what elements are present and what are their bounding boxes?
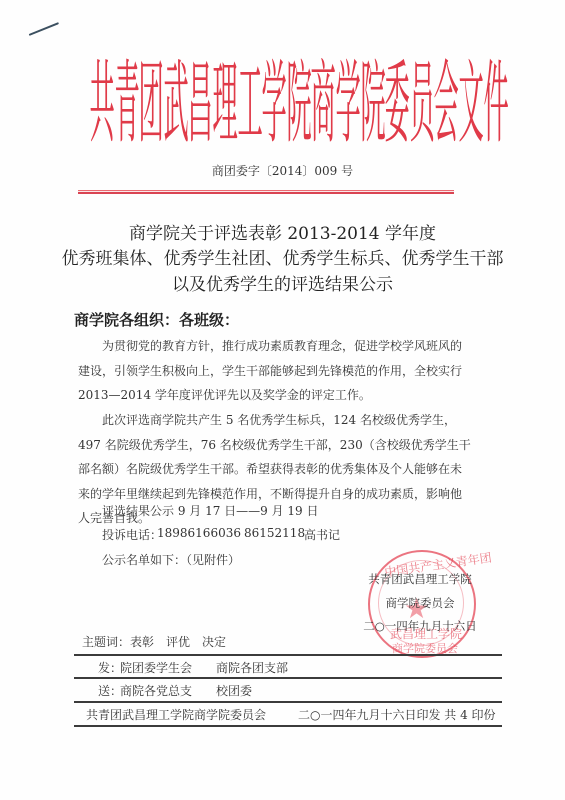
masthead-char: 院 <box>360 58 374 148</box>
masthead-char: 会 <box>434 58 448 148</box>
send-to-list: 院团委学生会 商院各团支部 <box>120 659 288 676</box>
masthead-char: 昌 <box>188 58 202 148</box>
masthead-char: 委 <box>385 58 399 148</box>
divider-rule <box>74 701 502 703</box>
divider-rule <box>74 677 502 679</box>
send-to-label: 发： <box>98 659 122 676</box>
title-line-1: 商学院关于评选表彰 2013-2014 学年度 <box>0 219 565 244</box>
issuer: 共青团武昌理工学院商学院委员会 <box>86 706 266 723</box>
list-note: 公示名单如下：（见附件） <box>102 551 240 568</box>
signature-org-line-1: 共青团武昌理工学院 <box>350 571 490 587</box>
complaint-label: 投诉电话： <box>102 526 162 543</box>
document-number: 商团委字〔2014〕009 号 <box>0 162 565 179</box>
title-line-2: 优秀班集体、优秀学生社团、优秀学生标兵、优秀学生干部 <box>0 244 565 269</box>
masthead-char: 员 <box>409 58 423 148</box>
masthead-char: 武 <box>163 58 177 148</box>
divider-rule <box>74 725 502 727</box>
signature-org-line-2: 商学院委员会 <box>350 595 490 611</box>
issue-note: 二○一四年九月十六日印发 共 4 印份 <box>298 706 496 723</box>
complaint-phone-2: 86152118 <box>244 526 305 540</box>
masthead-char: 青 <box>114 58 128 148</box>
masthead-char: 理 <box>213 58 227 148</box>
masthead-char: 文 <box>458 58 472 148</box>
masthead-char: 共 <box>90 58 104 148</box>
complaint-phone-1: 18986166036 <box>157 526 241 540</box>
body-paragraph-1: 为贯彻党的教育方针，推行成功素质教育理念，促进学校学风班风的建设，引领学生积极向… <box>78 334 473 408</box>
masthead-char: 件 <box>483 58 497 148</box>
cc-label: 送： <box>98 682 122 699</box>
publicity-period: 评选结果公示 9 月 17 日——9 月 19 日 <box>102 502 319 519</box>
complaint-contact: 高书记 <box>304 526 340 543</box>
cc-list: 商院各党总支 校团委 <box>120 682 252 699</box>
masthead-char: 学 <box>262 58 276 148</box>
masthead-char: 学 <box>335 58 349 148</box>
salutation: 商学院各组织：各班级： <box>74 309 239 330</box>
masthead-char: 团 <box>139 58 153 148</box>
masthead-char: 工 <box>237 58 251 148</box>
signature-date: 二○一四年九月十六日 <box>350 618 490 634</box>
divider-rule <box>74 654 502 656</box>
title-line-3: 以及优秀学生的评选结果公示 <box>0 270 565 295</box>
masthead-title: 共 青 团 武 昌 理 工 学 院 商 学 院 委 员 会 文 件 <box>84 56 454 150</box>
masthead-char: 商 <box>311 58 325 148</box>
masthead-char: 院 <box>286 58 300 148</box>
pen-mark <box>29 22 59 36</box>
red-divider <box>78 190 454 194</box>
subject-words: 主题词：表彰 评优 决定 <box>82 633 226 650</box>
